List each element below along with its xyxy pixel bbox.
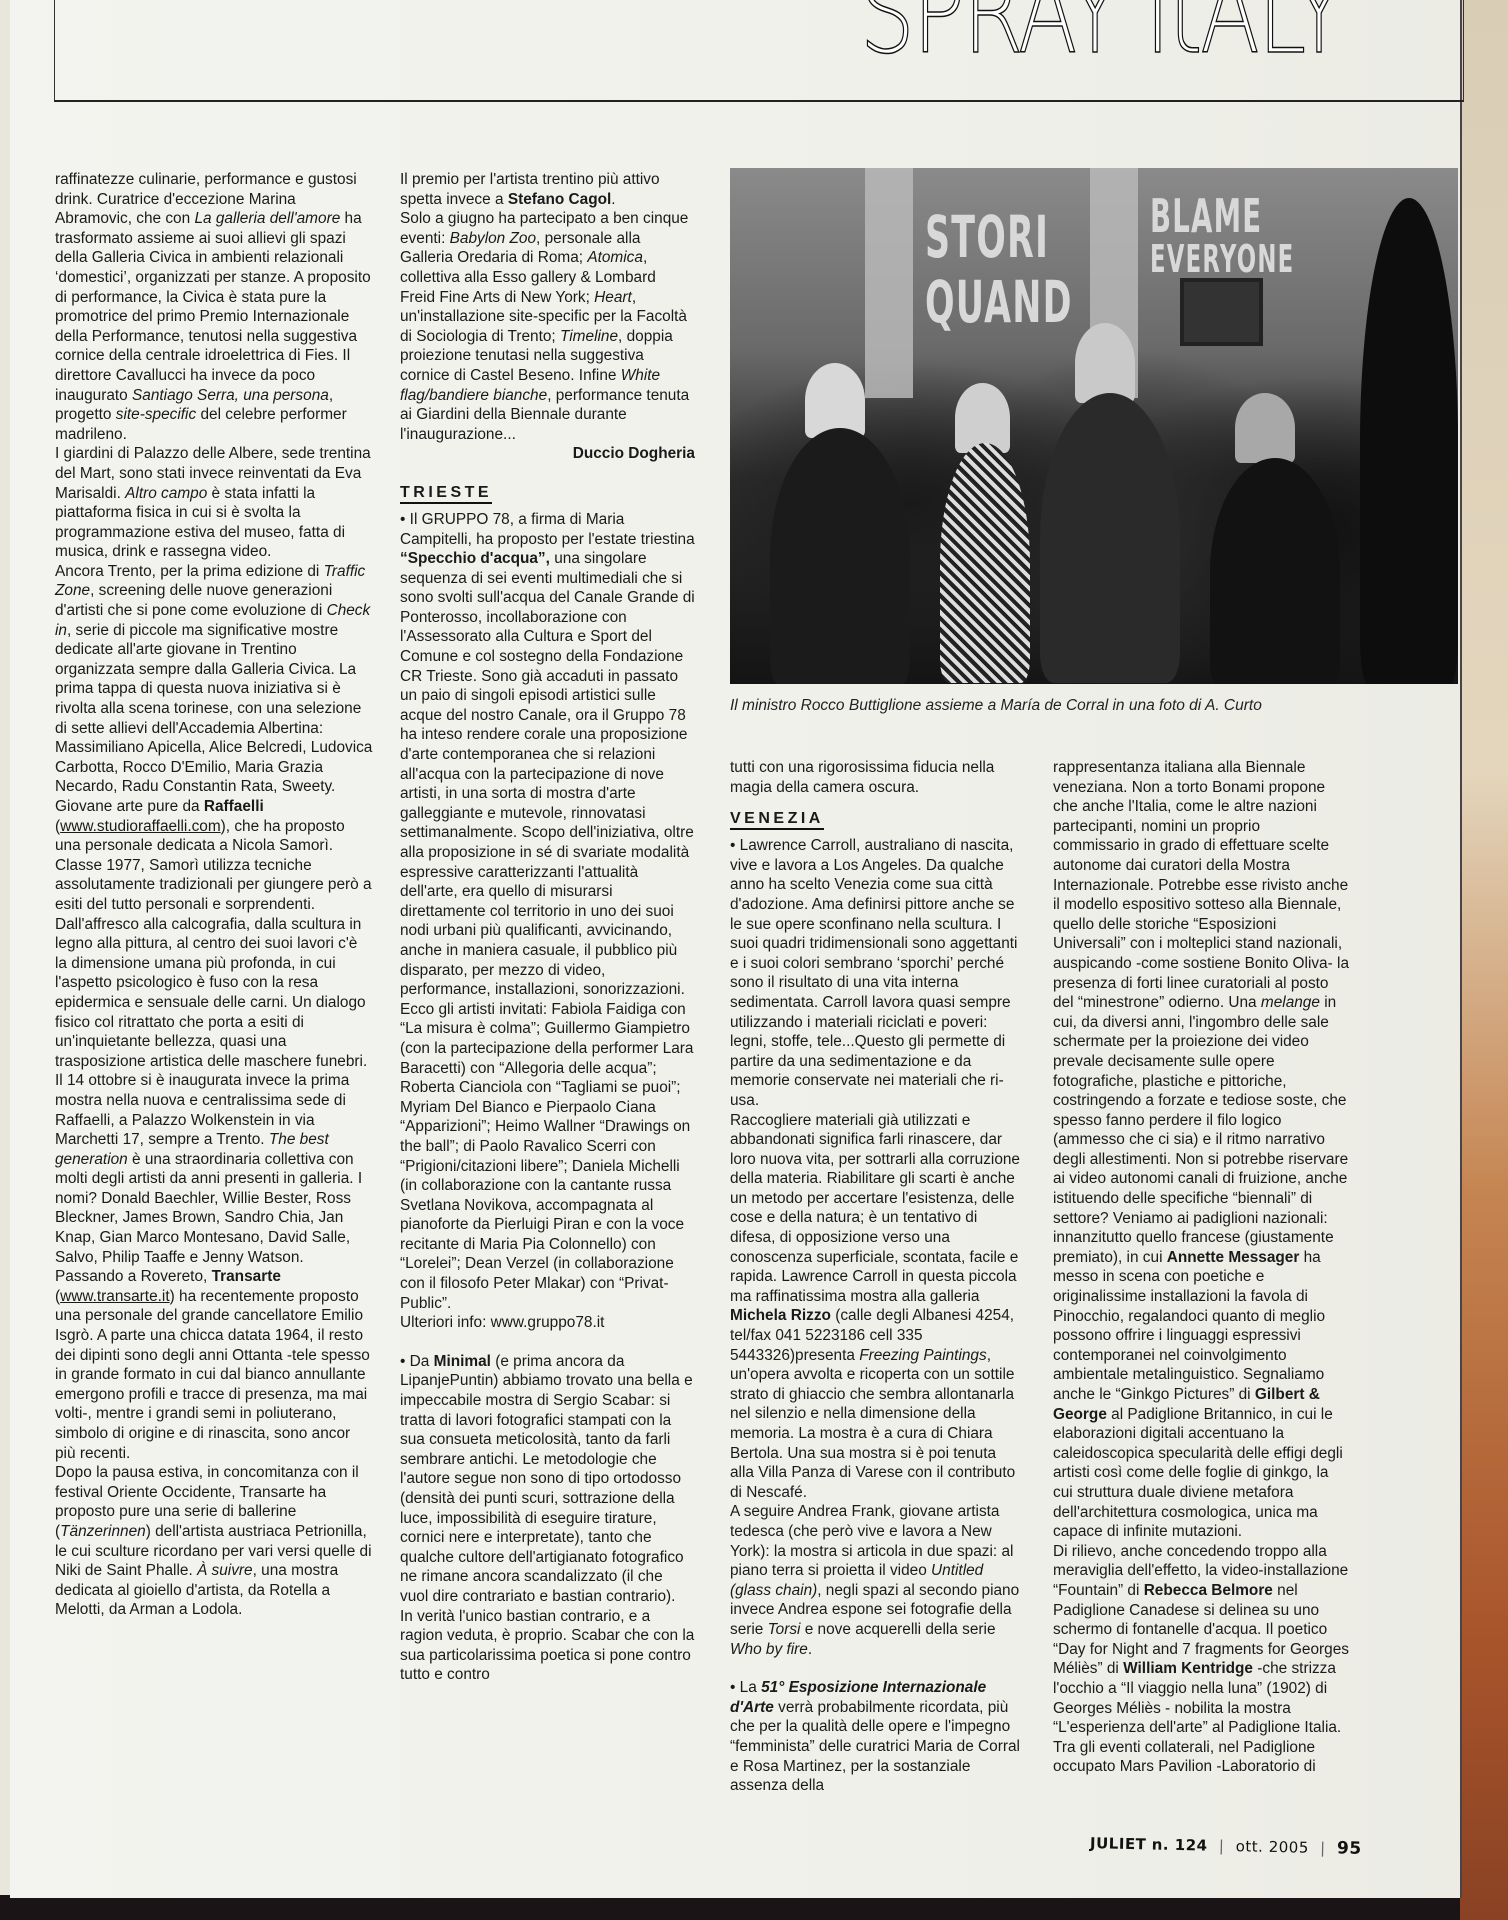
photo-caption: Il ministro Rocco Buttiglione assieme a … xyxy=(730,697,1458,715)
photo-person xyxy=(770,428,910,684)
author-signature: Duccio Dogheria xyxy=(400,444,695,464)
paragraph: Giovane arte pure da Raffaelli (www.stud… xyxy=(55,797,373,915)
article-photo: STORI QUAND BLAME EVERYONE xyxy=(730,168,1458,684)
photo-person-head xyxy=(1235,393,1295,463)
footer-separator: | xyxy=(1219,1837,1225,1855)
banner-text: BLAME xyxy=(1150,193,1262,239)
paragraph: tutti con una rigorosissima fiducia nell… xyxy=(730,758,1020,797)
article-column-1: raffinatezze culinarie, performance e gu… xyxy=(55,170,373,1620)
paragraph: raffinatezze culinarie, performance e gu… xyxy=(55,170,373,444)
paragraph: Ulteriori info: www.gruppo78.it xyxy=(400,1313,695,1333)
photo-person xyxy=(1210,458,1340,684)
paragraph: Raccogliere materiali già utilizzati e a… xyxy=(730,1111,1020,1503)
link-studioraffaelli[interactable]: www.studioraffaelli.com xyxy=(60,818,221,835)
paragraph: Dopo la pausa estiva, in concomitanza co… xyxy=(55,1463,373,1620)
link-transarte[interactable]: www.transarte.it xyxy=(60,1288,169,1305)
photo-person xyxy=(940,443,1030,683)
banner-text: QUAND xyxy=(925,273,1073,331)
photo-door xyxy=(1180,278,1263,346)
paragraph: Passando a Rovereto, Transarte (www.tran… xyxy=(55,1267,373,1463)
section-title: SPRAY ItALY xyxy=(859,0,1343,70)
banner-text: EVERYONE xyxy=(1150,240,1294,278)
issue-number: n. 124 xyxy=(1151,1835,1207,1854)
paragraph: Il premio per l'artista trentino più att… xyxy=(400,170,695,209)
header-frame: SPRAY ItALY xyxy=(54,0,1464,102)
paragraph: Dall'affresco alla calcografia, dalla sc… xyxy=(55,915,373,1268)
paragraph: Solo a giugno ha partecipato a ben cinqu… xyxy=(400,209,695,444)
paragraph: • La 51° Esposizione Internazionale d'Ar… xyxy=(730,1678,1020,1796)
background-floor xyxy=(1460,0,1508,1920)
article-column-3: tutti con una rigorosissima fiducia nell… xyxy=(730,758,1020,1796)
magazine-name: JULIET xyxy=(1090,1834,1147,1853)
photo-person-head xyxy=(805,363,865,438)
photo-person-head xyxy=(1075,323,1135,403)
paragraph: rappresentanza italiana alla Biennale ve… xyxy=(1053,758,1350,1542)
banner-text: STORI xyxy=(925,208,1049,266)
photo-person xyxy=(1040,393,1180,683)
article-column-4: rappresentanza italiana alla Biennale ve… xyxy=(1053,758,1350,1777)
paragraph: Di rilievo, anche concedendo troppo alla… xyxy=(1053,1542,1350,1777)
paragraph: In verità l'unico bastian contrario, e a… xyxy=(400,1607,695,1685)
page-number: 95 xyxy=(1337,1838,1362,1859)
paragraph: A seguire Andrea Frank, giovane artista … xyxy=(730,1502,1020,1659)
article-column-2: Il premio per l'artista trentino più att… xyxy=(400,170,695,1685)
paragraph: • Da Minimal (e prima ancora da LipanjeP… xyxy=(400,1352,695,1607)
paragraph: • Lawrence Carroll, australiano di nasci… xyxy=(730,836,1020,1110)
section-heading-trieste: TRIESTE xyxy=(400,484,492,504)
footer-separator: | xyxy=(1320,1839,1326,1857)
section-heading-venezia: VENEZIA xyxy=(730,810,824,830)
page-bottom-shadow xyxy=(0,1895,1460,1920)
photo-pillar xyxy=(865,168,913,398)
issue-date: ott. 2005 xyxy=(1236,1837,1310,1857)
paragraph: Ancora Trento, per la prima edizione di … xyxy=(55,562,373,797)
paragraph: • Il GRUPPO 78, a firma di Maria Campite… xyxy=(400,510,695,1313)
photo-person xyxy=(1360,198,1458,684)
paragraph: I giardini di Palazzo delle Albere, sede… xyxy=(55,444,373,562)
